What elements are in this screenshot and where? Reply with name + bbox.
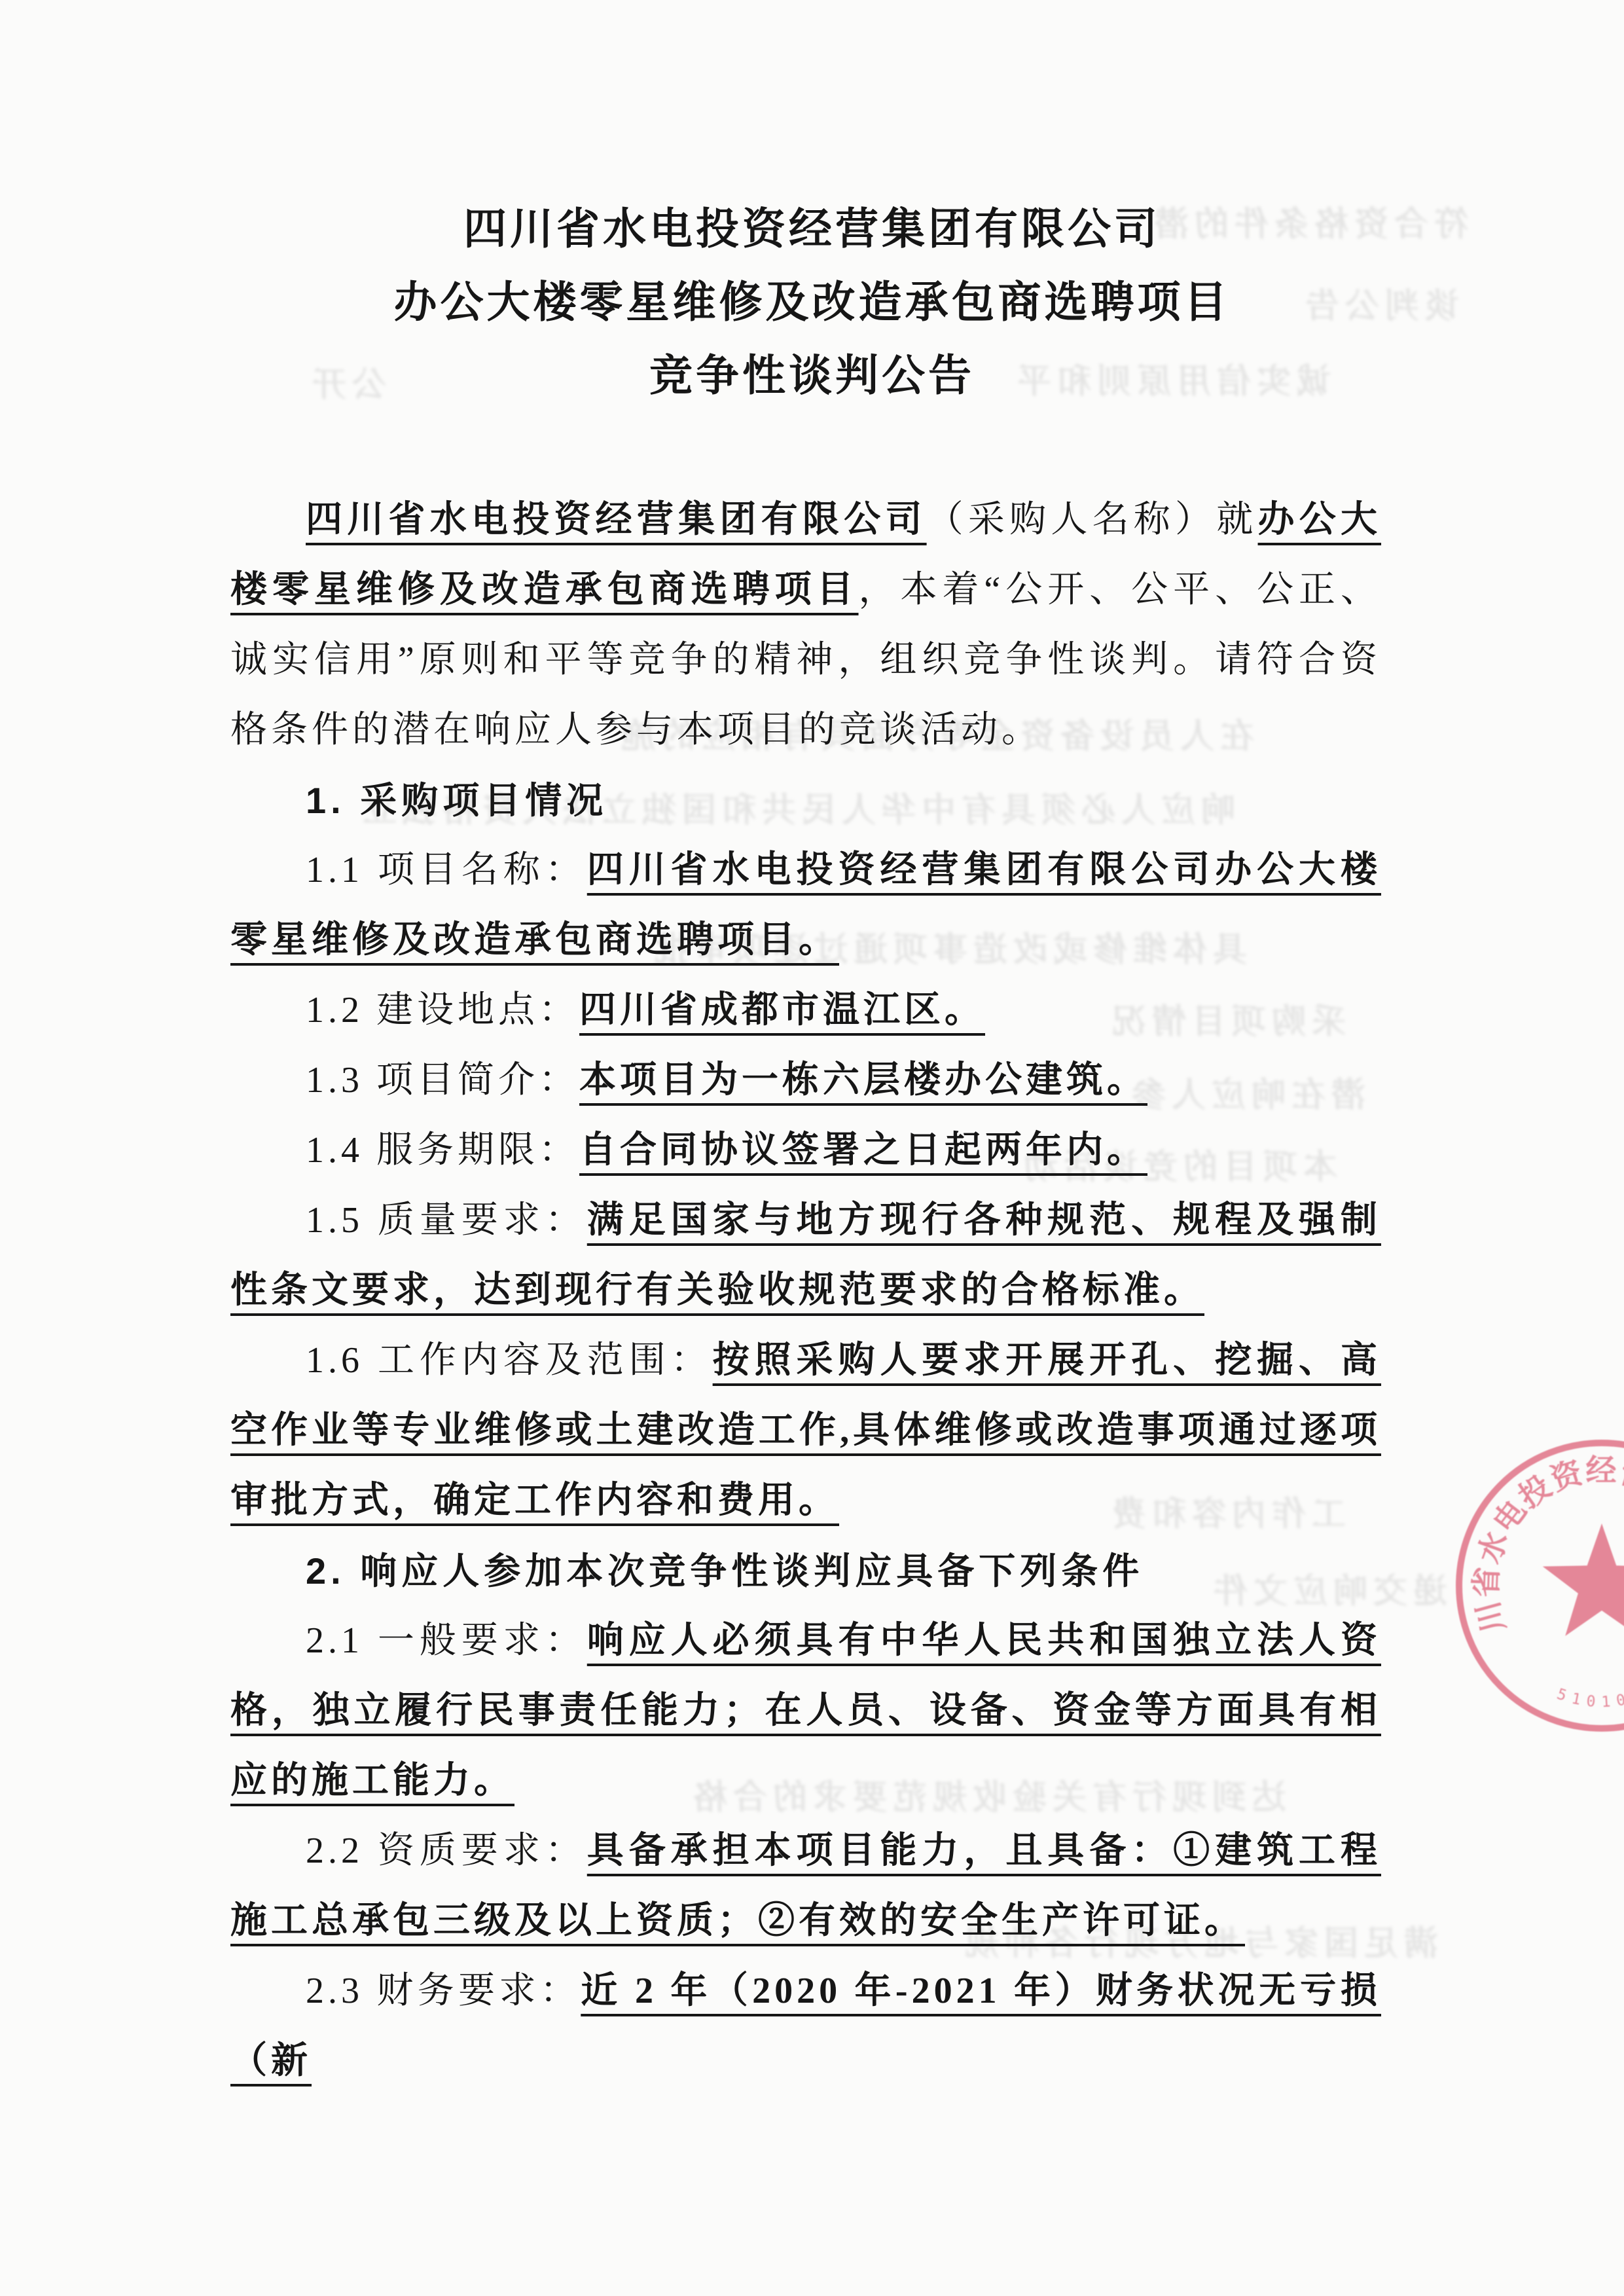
paragraph: 1.4 服务期限：自合同协议签署之日起两年内。 xyxy=(230,1116,1381,1186)
paragraph: 1.6 工作内容及范围：按照采购人要求开展开孔、挖掘、高空作业等专业维修或土建改… xyxy=(230,1326,1381,1536)
paragraph: 四川省水电投资经营集团有限公司（采购人名称）就办公大楼零星维修及改造承包商选聘项… xyxy=(230,485,1381,765)
text-run-bold: 1. 采购项目情况 xyxy=(306,780,607,821)
document-body: 四川省水电投资经营集团有限公司（采购人名称）就办公大楼零星维修及改造承包商选聘项… xyxy=(230,485,1381,2096)
seal-digits: 510100 xyxy=(1555,1686,1624,1711)
text-run-normal: 1.3 项目简介： xyxy=(306,1060,579,1101)
text-run-bold-underline: 自合同协议签署之日起两年内。 xyxy=(579,1130,1147,1171)
text-run-bold-underline: 四川省水电投资经营集团有限公司 xyxy=(306,500,927,540)
section-heading: 2. 响应人参加本次竞争性谈判应具备下列条件 xyxy=(230,1536,1381,1606)
text-run-normal: 1.2 建设地点： xyxy=(306,990,579,1030)
text-run-normal: 1.5 质量要求： xyxy=(306,1200,587,1241)
company-seal-stamp: 四川省水电投资经营集团有限公司 510100 xyxy=(1438,1422,1624,1749)
paragraph: 2.1 一般要求：响应人必须具有中华人民共和国独立法人资格，独立履行民事责任能力… xyxy=(230,1606,1381,1816)
svg-text:510100: 510100 xyxy=(1555,1686,1624,1711)
paragraph: 1.5 质量要求：满足国家与地方现行各种规范、规程及强制性条文要求，达到现行有关… xyxy=(230,1186,1381,1326)
document-title: 四川省水电投资经营集团有限公司 办公大楼零星维修及改造承包商选聘项目 竞争性谈判… xyxy=(0,0,1624,413)
text-run-bold-underline: 四川省成都市温江区。 xyxy=(579,990,985,1030)
text-run-normal: 1.4 服务期限： xyxy=(306,1130,579,1171)
paragraph: 2.2 资质要求：具备承担本项目能力，且具备：①建筑工程施工总承包三级及以上资质… xyxy=(230,1816,1381,1956)
text-run-normal: 2.3 财务要求： xyxy=(306,1971,581,2011)
text-run-normal: 1.1 项目名称： xyxy=(306,850,587,890)
text-run-normal: 2.1 一般要求： xyxy=(306,1620,587,1661)
paragraph: 1.3 项目简介：本项目为一栋六层楼办公建筑。 xyxy=(230,1046,1381,1116)
seal-star-icon xyxy=(1543,1523,1624,1636)
section-heading: 1. 采购项目情况 xyxy=(230,765,1381,835)
text-run-bold: 2. 响应人参加本次竞争性谈判应具备下列条件 xyxy=(306,1550,1144,1592)
text-run-bold-underline: 本项目为一栋六层楼办公建筑。 xyxy=(579,1060,1147,1101)
title-line-project: 办公大楼零星维修及改造承包商选聘项目 xyxy=(0,266,1624,340)
paragraph: 2.3 财务要求：近 2 年（2020 年-2021 年）财务状况无亏损（新 xyxy=(230,1956,1381,2096)
text-run-normal: （采购人名称）就 xyxy=(927,500,1258,540)
paragraph: 1.1 项目名称：四川省水电投资经营集团有限公司办公大楼零星维修及改造承包商选聘… xyxy=(230,835,1381,975)
title-line-company: 四川省水电投资经营集团有限公司 xyxy=(0,193,1624,266)
paragraph: 1.2 建设地点：四川省成都市温江区。 xyxy=(230,975,1381,1046)
document-page: 符合资格条件的潜谈判公告公开诚实信用原则和平在人员设备资金等方面具有相应的施响应… xyxy=(0,0,1624,2296)
text-run-normal: 1.6 工作内容及范围： xyxy=(306,1340,713,1381)
text-run-normal: 2.2 资质要求： xyxy=(306,1831,587,1871)
title-line-announcement: 竞争性谈判公告 xyxy=(0,340,1624,413)
